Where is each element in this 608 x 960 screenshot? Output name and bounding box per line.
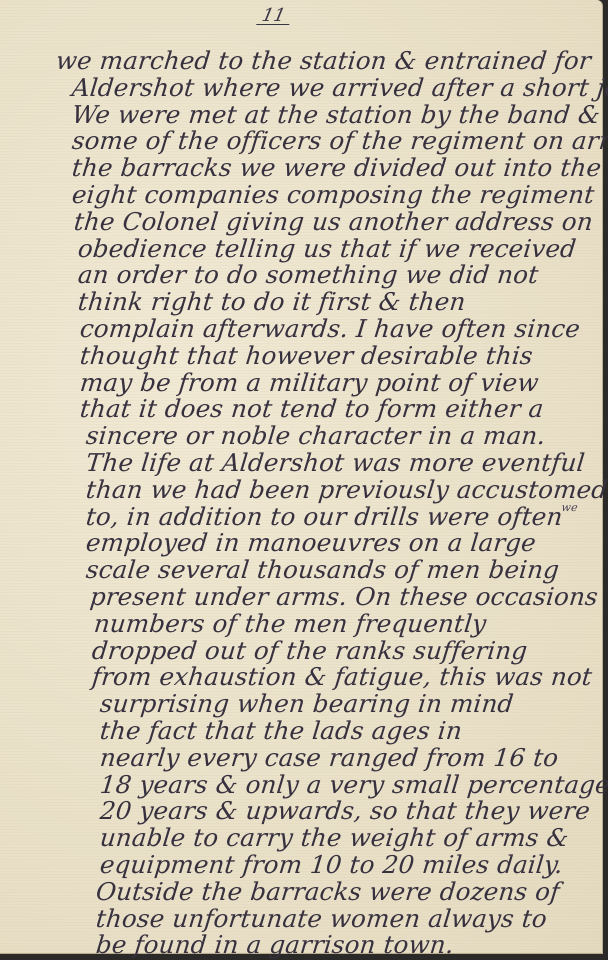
- text-line: the Colonel giving us another address on: [55, 209, 606, 236]
- handwritten-text-body: we marched to the station & entrained fo…: [56, 48, 604, 959]
- page-number: 11: [256, 8, 293, 25]
- text-line-content: some of the officers of the regiment on …: [71, 126, 608, 155]
- text-line: may be from a military point of view: [55, 370, 606, 397]
- text-line-content: We were met at the station by the band &: [71, 100, 602, 129]
- text-line: the fact that the lads ages in: [55, 718, 606, 745]
- text-line: nearly every case ranged from 16 to: [55, 745, 606, 772]
- text-line-content: Outside the barracks were dozens of: [95, 877, 562, 906]
- text-line-content: unable to carry the weight of arms &: [99, 823, 571, 852]
- text-line: than we had been previously accustomed: [55, 477, 606, 504]
- text-line-content: the Colonel giving us another address on: [73, 207, 595, 236]
- text-line: an order to do something we did not: [55, 262, 606, 289]
- text-line: numbers of the men frequently: [55, 611, 606, 638]
- text-line: complain afterwards. I have often since: [55, 316, 606, 343]
- text-line: some of the officers of the regiment on …: [55, 128, 606, 155]
- inserted-word: we: [561, 501, 579, 514]
- text-line-content: The life at Aldershot was more eventful: [85, 448, 587, 477]
- text-line: present under arms. On these occasions: [55, 584, 606, 611]
- text-line: eight companies composing the regiment: [55, 182, 606, 209]
- text-line-content: employed in manoeuvres on a large: [85, 528, 538, 557]
- text-line: 20 years & upwards, so that they were: [55, 798, 606, 825]
- text-line-content: to, in addition to our drills were often: [85, 502, 565, 531]
- text-line-content: than we had been previously accustomed: [85, 475, 608, 504]
- text-line: surprising when bearing in mind: [55, 691, 606, 718]
- text-line-content: equipment from 10 to 20 miles daily.: [99, 850, 565, 879]
- text-line: the barracks we were divided out into th…: [55, 155, 606, 182]
- text-line-content: Aldershot where we arrived after a short…: [71, 73, 608, 102]
- text-line: to, in addition to our drills were often…: [55, 504, 606, 531]
- manuscript-page: 11 we marched to the station & entrained…: [0, 0, 603, 954]
- text-line-content: may be from a military point of view: [79, 368, 541, 397]
- text-line: The life at Aldershot was more eventful: [55, 450, 606, 477]
- text-line-content: be found in a garrison town.: [95, 930, 456, 959]
- text-line: Outside the barracks were dozens of: [55, 879, 606, 906]
- text-line-content: dropped out of the ranks suffering: [91, 636, 529, 665]
- text-line: scale several thousands of men being: [55, 557, 606, 584]
- text-line-content: thought that however desirable this: [79, 341, 535, 370]
- text-line: those unfortunate women always to: [55, 906, 606, 933]
- text-line: that it does not tend to form either a: [55, 396, 606, 423]
- text-line-content: that it does not tend to form either a: [79, 394, 546, 423]
- text-line-content: those unfortunate women always to: [95, 904, 549, 933]
- text-line-content: scale several thousands of men being: [85, 555, 561, 584]
- text-line-content: an order to do something we did not: [77, 260, 540, 289]
- text-line: from exhaustion & fatigue, this was not: [55, 664, 606, 691]
- text-line: we marched to the station & entrained fo…: [55, 48, 606, 75]
- text-line: dropped out of the ranks suffering: [55, 638, 606, 665]
- text-line: unable to carry the weight of arms &: [55, 825, 606, 852]
- text-line-content: complain afterwards. I have often since: [79, 314, 582, 343]
- text-line: sincere or noble character in a man.: [55, 423, 606, 450]
- text-line-content: obedience telling us that if we received: [77, 234, 578, 263]
- text-line-content: surprising when bearing in mind: [99, 689, 516, 718]
- text-line: We were met at the station by the band &: [55, 102, 606, 129]
- text-line: thought that however desirable this: [55, 343, 606, 370]
- text-line-content: nearly every case ranged from 16 to: [99, 743, 560, 772]
- text-line: Aldershot where we arrived after a short…: [55, 75, 606, 102]
- text-line: think right to do it first & then: [55, 289, 606, 316]
- text-line: be found in a garrison town.: [55, 932, 606, 959]
- text-line: obedience telling us that if we received: [55, 236, 606, 263]
- text-line-content: the barracks we were divided out into th…: [71, 153, 603, 182]
- text-line-content: sincere or noble character in a man.: [85, 421, 547, 450]
- text-line-content: from exhaustion & fatigue, this was not: [91, 662, 594, 691]
- text-line-content: numbers of the men frequently: [93, 609, 488, 638]
- text-line-content: eight companies composing the regiment: [71, 180, 596, 209]
- text-line: employed in manoeuvres on a large: [55, 530, 606, 557]
- text-line-content: the fact that the lads ages in: [99, 716, 464, 745]
- text-line-content: think right to do it first & then: [77, 287, 468, 316]
- text-line-content: present under arms. On these occasions: [89, 582, 600, 611]
- text-line: equipment from 10 to 20 miles daily.: [55, 852, 606, 879]
- text-line-content: 20 years & upwards, so that they were: [99, 796, 592, 825]
- text-line: 18 years & only a very small percentage: [55, 772, 606, 799]
- text-line-content: we marched to the station & entrained fo…: [55, 46, 593, 75]
- text-line-content: 18 years & only a very small percentage: [99, 770, 608, 799]
